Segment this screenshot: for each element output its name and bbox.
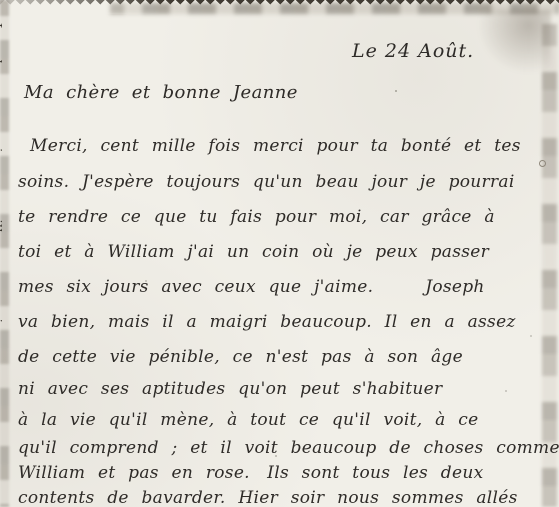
paper-specks bbox=[395, 90, 397, 92]
letter-line: de cette vie pénible, ce n'est pas à son… bbox=[18, 349, 463, 366]
letter-line: toi et à William j'ai un coin où je peux… bbox=[18, 244, 489, 261]
letter-line: va bien, mais il a maigri beaucoup. Il e… bbox=[18, 314, 516, 331]
letter-line: qu'il comprend ; et il voit beaucoup de … bbox=[18, 440, 559, 457]
letter-line: te rendre ce que tu fais pour moi, car g… bbox=[18, 209, 495, 226]
margin-note: Joseph vous envoie ses meilleurs souveni… bbox=[0, 22, 3, 336]
letter-line: William et pas en rose. Ils sont tous le… bbox=[18, 465, 483, 482]
salutation: Ma chère et bonne Jeanne bbox=[24, 84, 298, 102]
letter-line: à la vie qu'il mène, à tout ce qu'il voi… bbox=[18, 412, 479, 429]
ink-ring-mark bbox=[539, 160, 546, 167]
letter-line: Merci, cent mille fois merci pour ta bon… bbox=[30, 138, 521, 155]
scan-edge-right bbox=[542, 24, 557, 507]
top-edge-fade bbox=[0, 0, 160, 14]
letter-line: soins. J'espère toujours qu'un beau jour… bbox=[18, 174, 515, 191]
letter-line: mes six jours avec ceux que j'aime. Jose… bbox=[18, 279, 485, 296]
date-line: Le 24 Août. bbox=[352, 42, 474, 61]
scanned-letter-page: Joseph vous envoie ses meilleurs souveni… bbox=[0, 0, 559, 507]
letter-line: ni avec ses aptitudes qu'on peut s'habit… bbox=[18, 381, 442, 398]
corner-smudge-top-right bbox=[471, 10, 551, 80]
letter-line: contents de bavarder. Hier soir nous som… bbox=[18, 490, 518, 507]
